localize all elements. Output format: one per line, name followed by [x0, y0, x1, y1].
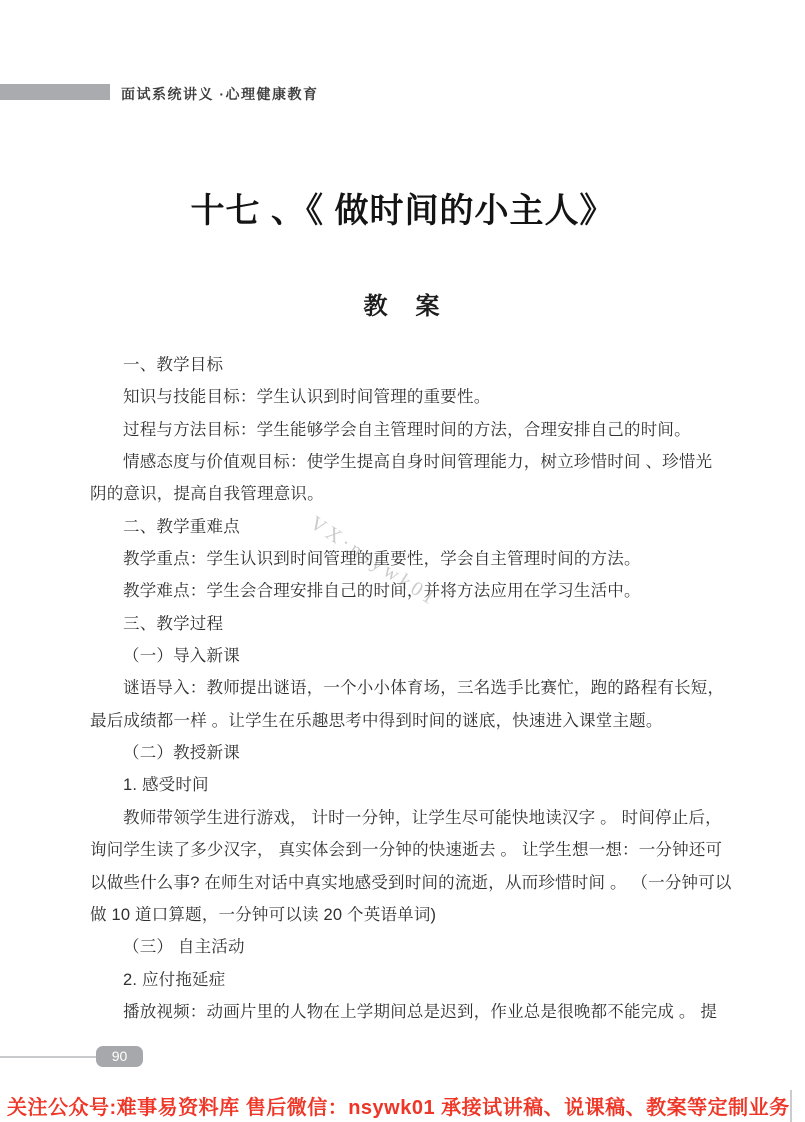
body-line: （二）教授新课 — [90, 737, 750, 769]
body-line: 做 10 道口算题，一分钟可以读 20 个英语单词) — [90, 899, 750, 931]
body-line: 二、教学重难点 — [90, 511, 750, 543]
page-number-rule — [0, 1056, 100, 1058]
body-line: 阴的意识，提高自我管理意识。 — [90, 478, 750, 510]
footer-promo-text: 关注公众号:难事易资料库 售后微信：nsywk01 承接试讲稿、说课稿、教案等定… — [7, 1091, 790, 1120]
header-accent-bar — [0, 84, 110, 100]
body-line: 最后成绩都一样 。让学生在乐趣思考中得到时间的谜底，快速进入课堂主题。 — [90, 705, 750, 737]
header-booklet-title: 面试系统讲义 ·心理健康教育 — [121, 84, 319, 104]
body-line: 询问学生读了多少汉字， 真实体会到一分钟的快速逝去 。 让学生想一想：一分钟还可 — [90, 834, 750, 866]
body-line: 教学难点：学生会合理安排自己的时间，并将方法应用在学习生活中。 — [90, 575, 750, 607]
body-line: 以做些什么事? 在师生对话中真实地感受到时间的流逝，从而珍惜时间 。 （一分钟可… — [90, 867, 750, 899]
body-line: 一、教学目标 — [90, 349, 750, 381]
body-line: 知识与技能目标：学生认识到时间管理的重要性。 — [90, 381, 750, 413]
lesson-title: 十七 、《 做时间的小主人》 — [0, 183, 805, 232]
body-line: 过程与方法目标：学生能够学会自主管理时间的方法，合理安排自己的时间。 — [90, 414, 750, 446]
body-line: 1. 感受时间 — [90, 769, 750, 801]
doc-type-heading: 教 案 — [0, 286, 805, 321]
footer-corner-rule — [790, 1090, 792, 1122]
body-line: （三） 自主活动 — [90, 931, 750, 963]
body-line: 教师带领学生进行游戏， 计时一分钟，让学生尽可能快地读汉字 。 时间停止后， — [90, 802, 750, 834]
body-line: 三、教学过程 — [90, 608, 750, 640]
body-line: 教学重点：学生认识到时间管理的重要性，学会自主管理时间的方法。 — [90, 543, 750, 575]
document-body: 一、教学目标知识与技能目标：学生认识到时间管理的重要性。过程与方法目标：学生能够… — [90, 349, 750, 1028]
body-line: 情感态度与价值观目标：使学生提高自身时间管理能力，树立珍惜时间 、珍惜光 — [90, 446, 750, 478]
body-line: 2. 应付拖延症 — [90, 964, 750, 996]
body-line: 谜语导入：教师提出谜语，一个小小体育场，三名选手比赛忙，跑的路程有长短， — [90, 672, 750, 704]
body-line: 播放视频：动画片里的人物在上学期间总是迟到，作业总是很晚都不能完成 。 提 — [90, 996, 750, 1028]
body-line: （一）导入新课 — [90, 640, 750, 672]
page-number-badge: 90 — [96, 1046, 143, 1067]
